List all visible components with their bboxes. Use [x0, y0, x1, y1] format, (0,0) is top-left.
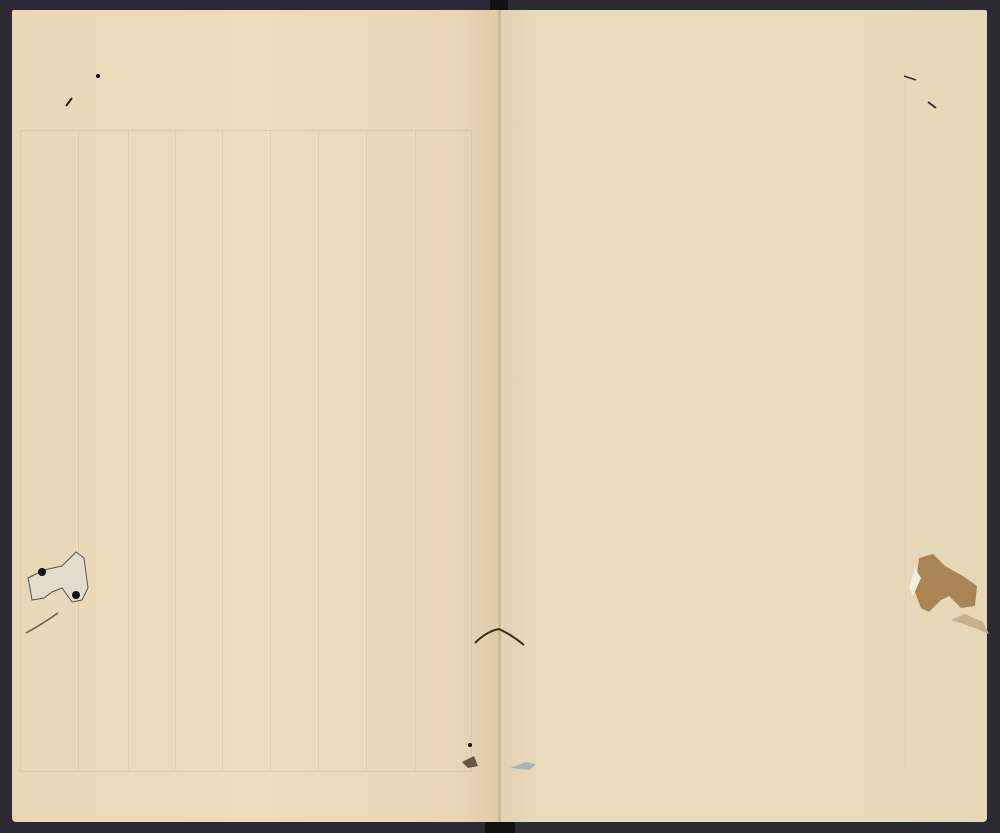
column-frame	[20, 130, 472, 772]
binding-thread-mark	[472, 625, 532, 650]
spine-top	[490, 0, 508, 10]
column-rule	[366, 130, 367, 770]
paper-damage-left	[24, 548, 94, 638]
spine-bottom	[485, 822, 515, 833]
column-rule	[222, 130, 223, 770]
column-rule	[318, 130, 319, 770]
right-page	[500, 10, 987, 822]
ink-specks-top-right	[900, 72, 950, 117]
column-rule	[128, 130, 129, 770]
paper-damage-right	[905, 548, 995, 640]
ink-specks-top-left	[60, 70, 110, 115]
right-page-faint-rule	[905, 70, 906, 770]
column-rule	[270, 130, 271, 770]
column-rule	[415, 130, 416, 770]
column-rule	[175, 130, 176, 770]
book-gutter	[498, 10, 501, 825]
ink-spots	[460, 740, 540, 775]
column-rule	[78, 130, 79, 770]
